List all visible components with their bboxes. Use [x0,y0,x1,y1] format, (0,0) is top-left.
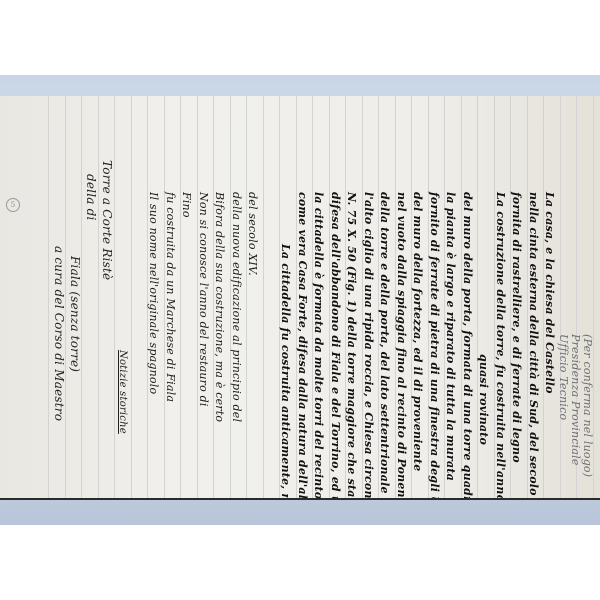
ruling-line [180,96,181,498]
intro-line: Il suo nome nell'originale spagnolo [147,192,160,394]
intro-line: Non si conosce l'anno del restauro di [197,192,210,407]
ruling-line [114,96,115,498]
header-line: della di [84,174,98,221]
intro-line: del secolo XIV. [246,192,259,276]
body-line: fornita di rastrelliere, e di ferrate di… [510,192,523,463]
ruling-line [263,96,264,498]
ruling-line [98,96,99,498]
body-line: come vera Casa Forte, difesa dalla natur… [296,192,309,498]
ruling-line [560,96,561,498]
body-line: nel vuoto dalla spiaggia fino al recinto… [395,192,408,498]
body-line: del muro della fortezza, ed il di proven… [411,192,424,471]
body-line: la cittadella è formata da molte torri d… [312,192,325,498]
header-line: Torre a Corte Ristè [100,160,114,280]
body-line: La costruzione della torre, fu costruita… [494,192,507,498]
intro-line: fu costruita da un Marchese di Fiala [164,192,177,402]
footer-line: (Per conferma nel luogo) [581,334,594,477]
body-line: del muro della porta, formata di una tor… [461,192,474,498]
intro-line: Bifora della sua costruzione, ma è certo [213,192,226,422]
ruling-line [131,96,132,498]
body-line: quasi rovinato [477,354,490,445]
body-line: nella cinta esterna della città di Sud, … [527,192,540,498]
body-line: l'alto ciglio di una ripida roccia, e Ch… [362,192,375,498]
margin-note: Notizie storiche [117,350,128,434]
header-line: Fiala (senza torre) [68,256,82,372]
body-line: della torre e della porta, del lato sett… [378,192,391,494]
ruling-line [48,96,49,498]
body-line: difesa dell'abbandono di Fiala e del Tor… [329,192,342,498]
body-line: La cittadella fu costruita anticamente, … [279,244,292,498]
ruling-line [246,96,247,498]
page-marker: 5 [6,198,20,212]
body-line: N. 75 X. 50 (Fig. 1) della torre maggior… [345,192,358,498]
body-line: La casa, e la chiesa del Castello [543,192,556,394]
body-line: la pianta è largo e riparato di tutta la… [444,192,457,481]
manuscript-page: 5 Torre a Corte Ristèdella diFiala (senz… [0,96,600,498]
header-line: a cura del Corso di Maestro [52,246,66,421]
body-line: fornito di ferrate di pietra di una fine… [428,192,441,498]
intro-line: Fino [180,192,193,218]
intro-line: della nuova edificazione al principio de… [230,192,243,422]
